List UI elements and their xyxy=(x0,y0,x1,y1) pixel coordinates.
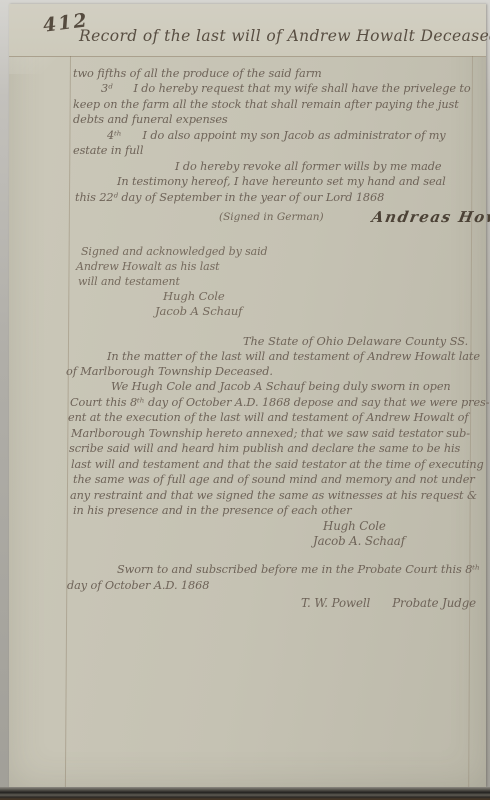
handwritten-line: scribe said will and heard him publish a… xyxy=(69,441,480,456)
page-title: Record of the last will of Andrew Howalt… xyxy=(79,27,460,45)
handwritten-line: ent at the execution of the last will an… xyxy=(68,410,480,425)
ledger-page: 412 Record of the last will of Andrew Ho… xyxy=(9,4,486,787)
handwritten-line: Court this 8ᵗʰ day of October A.D. 1868 … xyxy=(70,395,480,410)
handwritten-line: debts and funeral expenses xyxy=(73,112,480,127)
attestation-block: Signed and acknowledged by said Andrew H… xyxy=(73,244,480,319)
witness-signature: Hugh Cole xyxy=(163,289,480,304)
photo-background: 412 Record of the last will of Andrew Ho… xyxy=(0,0,490,800)
handwritten-line: in his presence and in the presence of e… xyxy=(73,503,480,518)
handwritten-line: the same was of full age and of sound mi… xyxy=(73,472,480,487)
jurat-block: Sworn to and subscribed before me in the… xyxy=(73,562,480,611)
handwritten-line: this 22ᵈ day of September in the year of… xyxy=(75,190,480,205)
handwritten-line: In testimony hereof, I have hereunto set… xyxy=(117,174,480,189)
probate-block: In the matter of the last will and testa… xyxy=(73,349,480,550)
handwritten-line: estate in full xyxy=(73,143,480,158)
witness-signature: Hugh Cole xyxy=(323,519,480,534)
witness-signature: Jacob A Schauf xyxy=(155,304,480,319)
probate-heading: The State of Ohio Delaware County SS. xyxy=(243,334,480,349)
book-edge xyxy=(0,787,490,800)
handwritten-line: 3ᵈ I do hereby request that my wife shal… xyxy=(101,81,480,96)
handwritten-text-column: two fifths of all the produce of the sai… xyxy=(73,66,480,612)
handwritten-line: Signed and acknowledged by said xyxy=(81,244,480,259)
handwritten-line: of Marlborough Township Deceased. xyxy=(66,364,480,379)
handwritten-line: In the matter of the last will and testa… xyxy=(107,349,480,364)
witness-signature: Jacob A. Schaaf xyxy=(313,534,480,549)
handwritten-line: I do hereby revoke all former wills by m… xyxy=(175,159,480,174)
handwritten-line: Marlborough Township hereto annexed; tha… xyxy=(71,426,480,441)
handwritten-line: two fifths of all the produce of the sai… xyxy=(73,66,480,81)
judge-title: Probate Judge xyxy=(392,596,476,611)
signed-in-german-label: (Signed in German) xyxy=(219,211,324,223)
signature-row: (Signed in German) Andreas Howald xyxy=(73,206,480,227)
page-header-band: 412 Record of the last will of Andrew Ho… xyxy=(9,4,486,57)
judge-signature: T. W. Powell xyxy=(301,596,370,611)
handwritten-line: any restraint and that we signed the sam… xyxy=(70,488,480,503)
handwritten-line: will and testament xyxy=(78,274,480,289)
handwritten-line: Andrew Howalt as his last xyxy=(76,259,480,274)
handwritten-line: last will and testament and that the sai… xyxy=(71,457,480,472)
handwritten-line: day of October A.D. 1868 xyxy=(67,578,480,593)
handwritten-line: keep on the farm all the stock that shal… xyxy=(73,97,480,112)
handwritten-line: We Hugh Cole and Jacob A Schauf being du… xyxy=(111,379,480,394)
german-signature: Andreas Howald xyxy=(370,208,490,226)
handwritten-line: Sworn to and subscribed before me in the… xyxy=(117,562,480,577)
handwritten-line: 4ᵗʰ I do also appoint my son Jacob as ad… xyxy=(107,128,480,143)
judge-signature-row: T. W. Powell Probate Judge xyxy=(301,596,480,611)
